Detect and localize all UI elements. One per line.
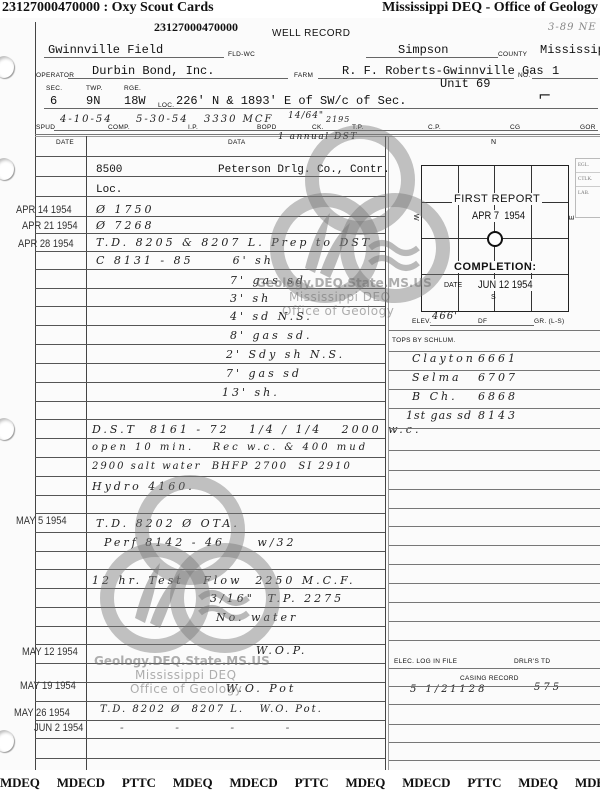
casing-sacks: 575	[534, 682, 562, 693]
first-report-label: FIRST REPORT	[452, 193, 542, 205]
completion-label: COMPLETION:	[454, 261, 537, 273]
watermark-url: Geology.DEQ.State.MS.US	[256, 276, 432, 290]
farm-value: R. F. Roberts-Gwinnville Gas	[342, 64, 544, 78]
county-label: COUNTY	[498, 51, 527, 58]
spud-value: 4-10-54	[60, 114, 113, 125]
entry-date: MAY 5 1954	[16, 515, 67, 527]
casing-label: CASING RECORD	[460, 675, 519, 682]
entry-date: MAY 12 1954	[22, 646, 78, 658]
entry-data: - - - -	[120, 721, 313, 734]
corner-note: 3-89 NE	[548, 22, 597, 33]
check-mark: ⌐	[538, 86, 554, 105]
first-report-date: APR 7 1954	[472, 210, 525, 222]
punch-hole-upper	[0, 158, 14, 180]
well-no-value: 1	[552, 64, 559, 78]
col-data-header: DATA	[228, 139, 246, 146]
state-value: Mississipp	[540, 43, 600, 57]
card-title: WELL RECORD	[272, 28, 350, 39]
entry-data: T.D. 8202 Ø 8207 L. W.O. Pot.	[100, 704, 323, 715]
entry-data: 7' gas sd	[226, 367, 302, 380]
watermark-org: Mississippi DEQ	[289, 290, 391, 304]
twp-label: TWP.	[86, 85, 103, 92]
tops-label: TOPS BY SCHLUM.	[392, 337, 456, 344]
top-depth-0: 6661	[478, 352, 518, 365]
approval-stamp: EGL. CTLK. LAB.	[575, 158, 600, 218]
punch-hole-middle	[0, 418, 14, 440]
entry-data: C 8131 - 85 6' sh	[96, 254, 274, 267]
well-no-label: NO.	[518, 72, 530, 79]
top-name-0: Clayton	[412, 352, 476, 365]
county-value: Simpson	[398, 43, 448, 57]
entry-data: open 10 min. Rec w.c. & 400 mud	[92, 442, 368, 453]
watermark-logo-bottom	[85, 468, 295, 678]
drlr-td-label: DRLR'S TD	[514, 658, 550, 665]
watermark-url: Geology.DEQ.State.MS.US	[94, 654, 270, 668]
entry-date: APR 28 1954	[18, 238, 74, 250]
comp-value: 5-30-54	[136, 114, 189, 125]
farm-value-unit: Unit 69	[440, 77, 490, 91]
entry-data: Loc.	[96, 184, 122, 196]
page-header-right: Mississippi DEQ - Office of Geology	[382, 0, 598, 16]
well-location-marker	[487, 231, 503, 247]
entry-data: 8' gas sd.	[230, 329, 312, 342]
punch-hole-bottom	[0, 730, 14, 752]
rge-label: RGE.	[124, 85, 141, 92]
top-depth-3: 8143	[478, 409, 518, 422]
top-name-3: 1st gas sd	[406, 409, 472, 422]
operator-value: Durbin Bond, Inc.	[92, 64, 214, 78]
entry-data: 8500	[96, 164, 122, 176]
top-depth-1: 6707	[478, 371, 518, 384]
entry-date: MAY 26 1954	[14, 707, 70, 719]
entry-data: D.S.T 8161 - 72 1/4 / 1/4 2000 w.c.	[92, 423, 421, 436]
elev-df-label: DF	[478, 318, 487, 325]
page-header-left: 23127000470000 : Oxy Scout Cards	[2, 0, 214, 16]
watermark-org: Mississippi DEQ	[135, 668, 237, 682]
map-south: S	[491, 294, 496, 301]
elec-log-label: ELEC. LOG IN FILE	[394, 658, 457, 665]
entry-data: Ø 7268	[96, 219, 155, 232]
completion-date: JUN 12 1954	[478, 279, 533, 291]
map-north: N	[491, 139, 496, 146]
loc-value: 226' N & 1893' E of SW/c of Sec.	[176, 94, 406, 108]
footer-strip: MDEQ MDECD PTTC MDEQ MDECD PTTC MDEQ MDE…	[0, 775, 600, 791]
sec-label: SEC.	[46, 85, 62, 92]
punch-hole-top	[0, 56, 14, 78]
top-name-2: B Ch.	[412, 390, 458, 403]
entry-date: APR 14 1954	[16, 204, 72, 216]
field-label: FLD-WC	[228, 51, 255, 58]
field-value: Gwinnville Field	[48, 43, 163, 57]
watermark-office: Office of Geology	[282, 304, 394, 318]
entry-data: 13' sh.	[222, 386, 280, 399]
twp-value: 9N	[86, 94, 100, 108]
spud-label: SPUD	[36, 124, 55, 131]
scout-card: 23127000470000 WELL RECORD 3-89 NE Gwinn…	[0, 18, 600, 770]
entry-data: 2' Sdy sh N.S.	[226, 348, 345, 361]
farm-label: FARM	[294, 72, 313, 79]
watermark-office: Office of Geology	[130, 682, 242, 696]
top-name-1: Selma	[412, 371, 462, 384]
entry-date: APR 21 1954	[22, 220, 78, 232]
entry-date: JUN 2 1954	[34, 722, 83, 734]
top-depth-2: 6868	[478, 390, 518, 403]
entry-data: Ø 1750	[96, 203, 155, 216]
api-number: 23127000470000	[154, 20, 238, 35]
entry-date: MAY 19 1954	[20, 680, 76, 692]
rge-value: 18W	[124, 94, 146, 108]
col-date-header: DATE	[56, 139, 74, 146]
sec-value: 6	[50, 94, 57, 108]
elev-gr-label: GR. (L-S)	[534, 318, 565, 325]
